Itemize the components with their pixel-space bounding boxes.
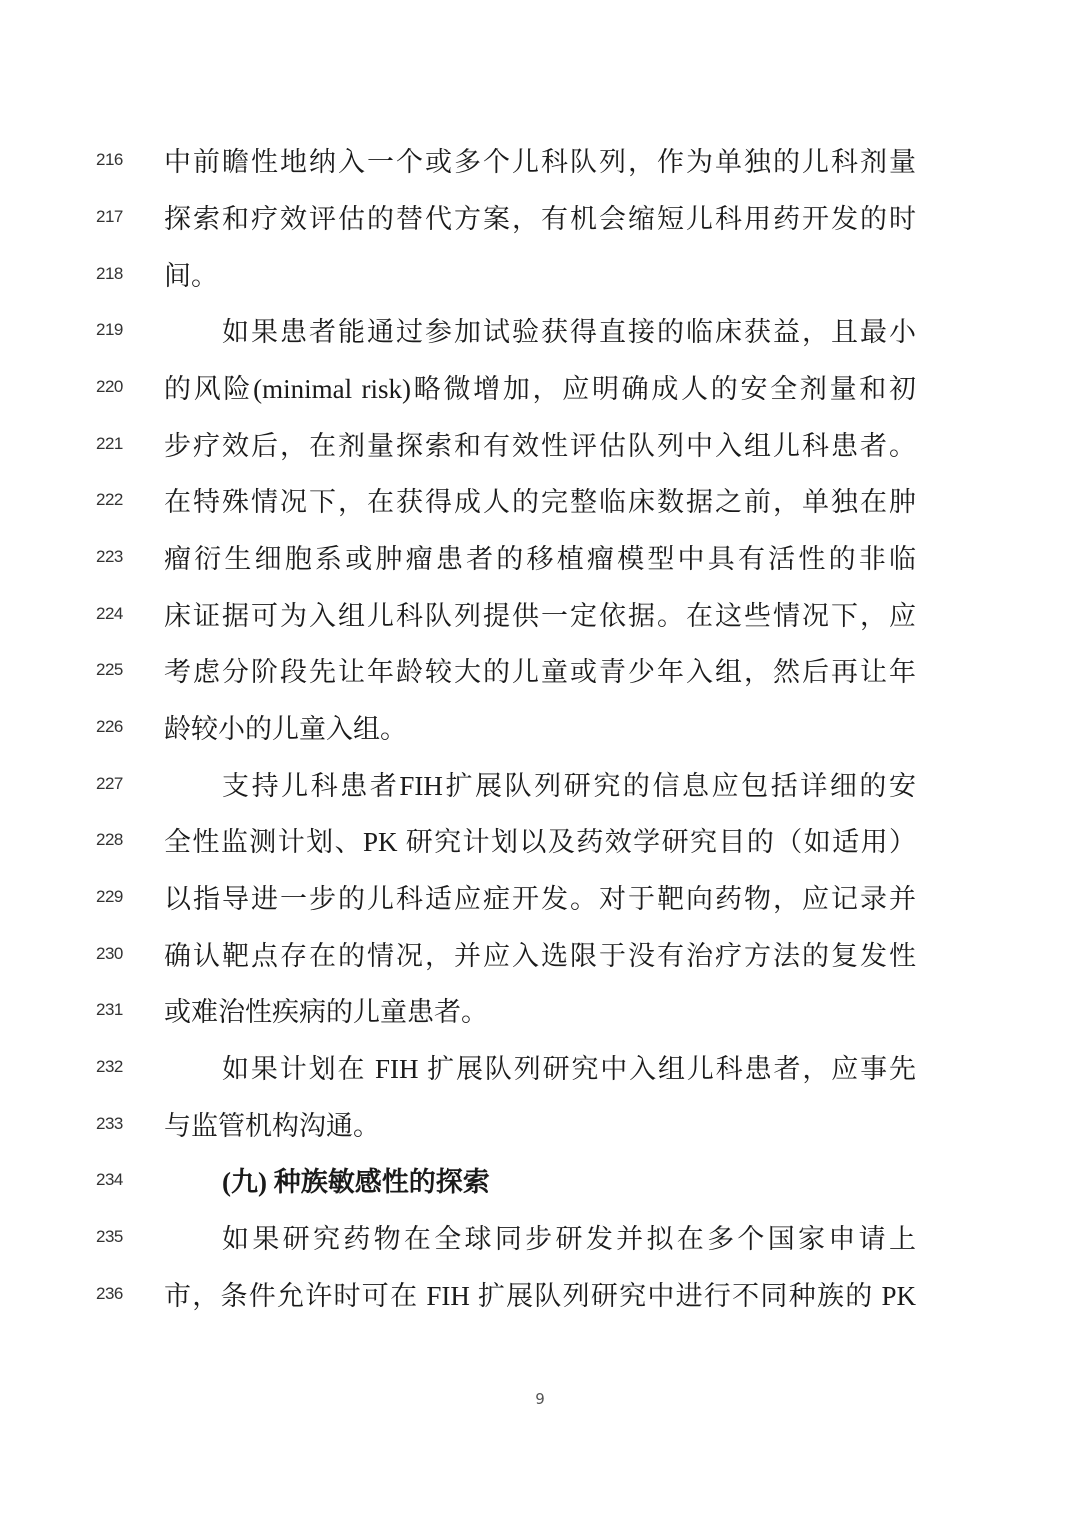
line-number: 220: [96, 377, 136, 397]
line-text: 的风险(minimal risk)略微增加，应明确成人的安全剂量和初: [164, 369, 916, 409]
document-line: 222 在特殊情况下，在获得成人的完整临床数据之前，单独在肿: [0, 482, 1080, 522]
document-line: 235 如果研究药物在全球同步研发并拟在多个国家申请上: [0, 1219, 1080, 1259]
line-number: 230: [96, 944, 136, 964]
line-text: 步疗效后，在剂量探索和有效性评估队列中入组儿科患者。: [164, 426, 916, 466]
document-page: 216 中前瞻性地纳入一个或多个儿科队列，作为单独的儿科剂量 217 探索和疗效…: [0, 0, 1080, 1528]
line-text: 确认靶点存在的情况，并应入选限于没有治疗方法的复发性: [164, 936, 916, 976]
line-number: 228: [96, 830, 136, 850]
line-text: 间。: [164, 256, 916, 296]
paragraph-start-text: 如果计划在 FIH 扩展队列研究中入组儿科患者，应事先: [164, 1049, 916, 1089]
line-text: 以指导进一步的儿科适应症开发。对于靶向药物，应记录并: [164, 879, 916, 919]
line-number: 219: [96, 320, 136, 340]
line-number: 223: [96, 547, 136, 567]
document-line: 221 步疗效后，在剂量探索和有效性评估队列中入组儿科患者。: [0, 426, 1080, 466]
line-number: 218: [96, 264, 136, 284]
document-line: 233 与监管机构沟通。: [0, 1106, 1080, 1146]
paragraph-start-text: 如果患者能通过参加试验获得直接的临床获益，且最小: [164, 312, 916, 352]
line-text: 瘤衍生细胞系或肿瘤患者的移植瘤模型中具有活性的非临: [164, 539, 916, 579]
line-number: 217: [96, 207, 136, 227]
line-text: 探索和疗效评估的替代方案，有机会缩短儿科用药开发的时: [164, 199, 916, 239]
line-number: 233: [96, 1114, 136, 1134]
line-number: 235: [96, 1227, 136, 1247]
document-line: 216 中前瞻性地纳入一个或多个儿科队列，作为单独的儿科剂量: [0, 142, 1080, 182]
document-line: 225 考虑分阶段先让年龄较大的儿童或青少年入组，然后再让年: [0, 652, 1080, 692]
page-number: 9: [0, 1390, 1080, 1408]
document-line: 229 以指导进一步的儿科适应症开发。对于靶向药物，应记录并: [0, 879, 1080, 919]
line-number: 231: [96, 1000, 136, 1020]
line-number: 225: [96, 660, 136, 680]
document-line: 220 的风险(minimal risk)略微增加，应明确成人的安全剂量和初: [0, 369, 1080, 409]
line-text: 中前瞻性地纳入一个或多个儿科队列，作为单独的儿科剂量: [164, 142, 916, 182]
line-number: 221: [96, 434, 136, 454]
line-text: 考虑分阶段先让年龄较大的儿童或青少年入组，然后再让年: [164, 652, 916, 692]
paragraph-start-text: 支持儿科患者FIH扩展队列研究的信息应包括详细的安: [164, 766, 916, 806]
document-line: 218 间。: [0, 256, 1080, 296]
document-line: 219 如果患者能通过参加试验获得直接的临床获益，且最小: [0, 312, 1080, 352]
document-line: 224 床证据可为入组儿科队列提供一定依据。在这些情况下，应: [0, 596, 1080, 636]
paragraph-start-text: 如果研究药物在全球同步研发并拟在多个国家申请上: [164, 1219, 916, 1259]
document-line: 227 支持儿科患者FIH扩展队列研究的信息应包括详细的安: [0, 766, 1080, 806]
document-line: 236 市，条件允许时可在 FIH 扩展队列研究中进行不同种族的 PK: [0, 1276, 1080, 1316]
line-text: 龄较小的儿童入组。: [164, 709, 916, 749]
line-text: 全性监测计划、PK 研究计划以及药效学研究目的（如适用）: [164, 822, 916, 862]
line-text: 与监管机构沟通。: [164, 1106, 916, 1146]
line-text: 床证据可为入组儿科队列提供一定依据。在这些情况下，应: [164, 596, 916, 636]
document-line: 234 (九) 种族敏感性的探索: [0, 1162, 1080, 1202]
line-number: 216: [96, 150, 136, 170]
document-line: 230 确认靶点存在的情况，并应入选限于没有治疗方法的复发性: [0, 936, 1080, 976]
line-number: 226: [96, 717, 136, 737]
line-number: 232: [96, 1057, 136, 1077]
line-number: 236: [96, 1284, 136, 1304]
document-line: 232 如果计划在 FIH 扩展队列研究中入组儿科患者，应事先: [0, 1049, 1080, 1089]
line-number: 229: [96, 887, 136, 907]
line-text: 市，条件允许时可在 FIH 扩展队列研究中进行不同种族的 PK: [164, 1276, 916, 1316]
line-text: 在特殊情况下，在获得成人的完整临床数据之前，单独在肿: [164, 482, 916, 522]
line-number: 224: [96, 604, 136, 624]
line-number: 222: [96, 490, 136, 510]
document-line: 226 龄较小的儿童入组。: [0, 709, 1080, 749]
document-line: 228 全性监测计划、PK 研究计划以及药效学研究目的（如适用）: [0, 822, 1080, 862]
document-line: 231 或难治性疾病的儿童患者。: [0, 992, 1080, 1032]
document-line: 223 瘤衍生细胞系或肿瘤患者的移植瘤模型中具有活性的非临: [0, 539, 1080, 579]
line-text: 或难治性疾病的儿童患者。: [164, 992, 916, 1032]
section-heading: (九) 种族敏感性的探索: [164, 1162, 916, 1202]
line-number: 227: [96, 774, 136, 794]
line-number: 234: [96, 1170, 136, 1190]
document-line: 217 探索和疗效评估的替代方案，有机会缩短儿科用药开发的时: [0, 199, 1080, 239]
